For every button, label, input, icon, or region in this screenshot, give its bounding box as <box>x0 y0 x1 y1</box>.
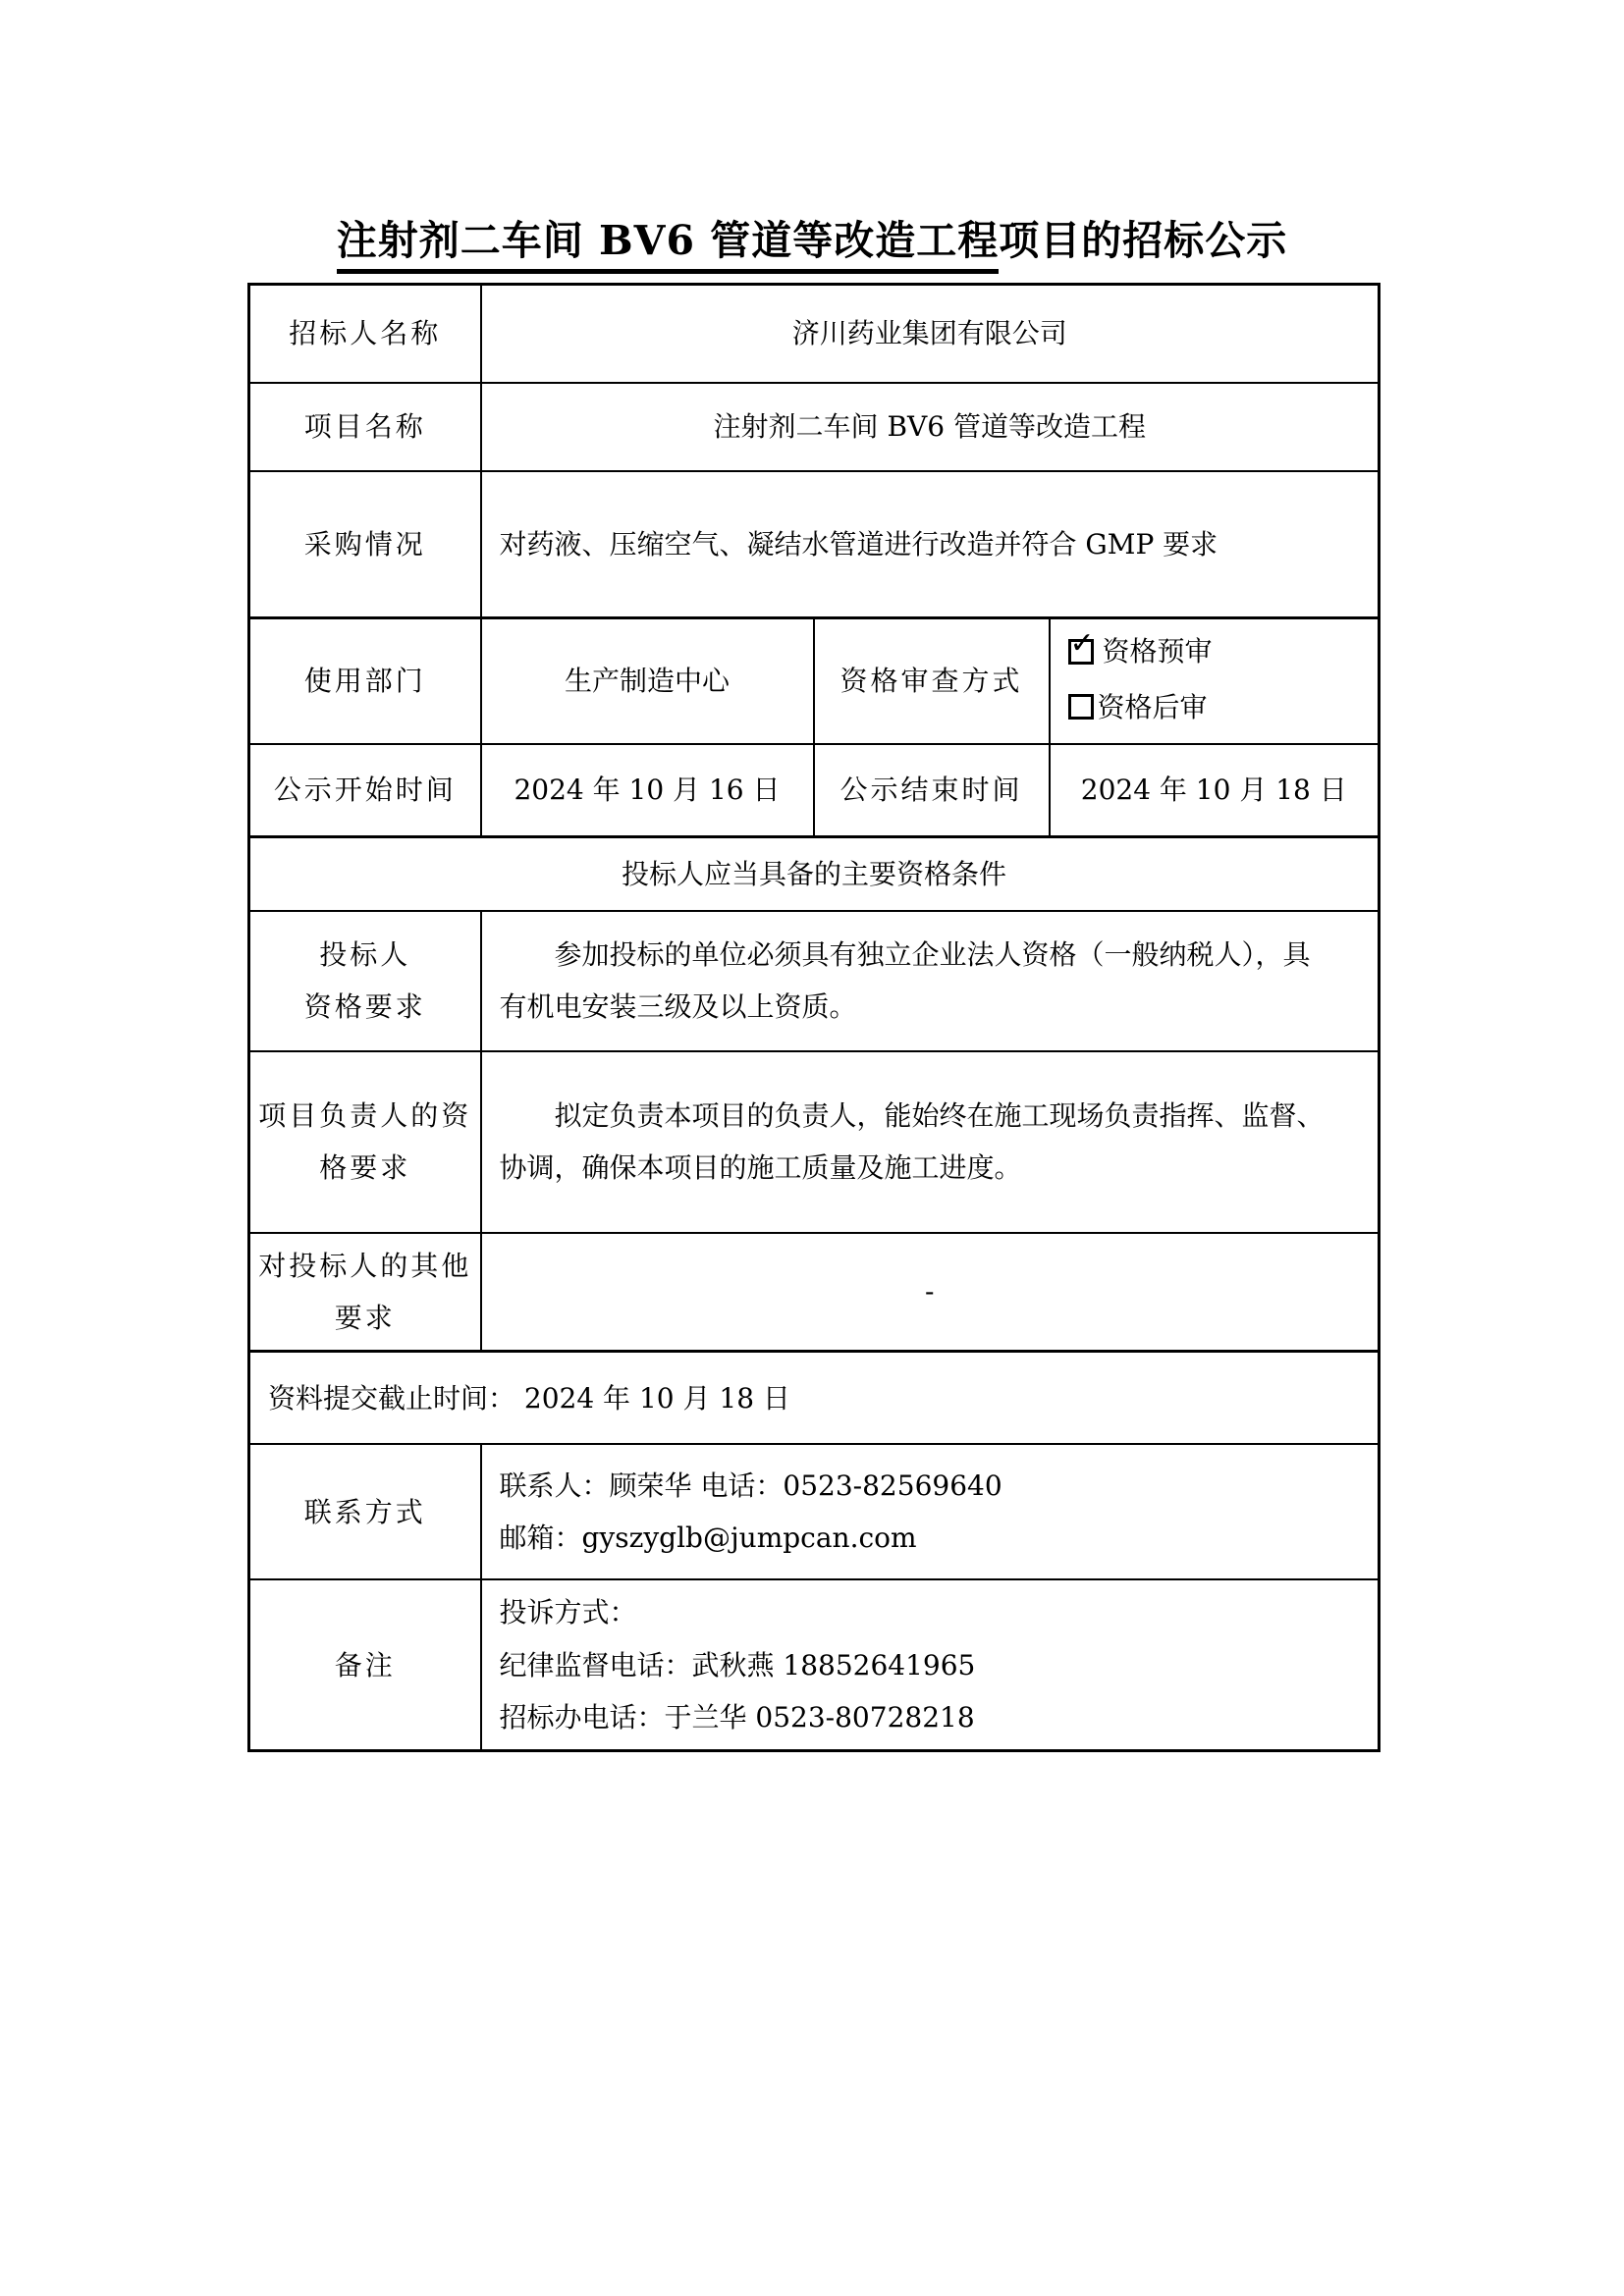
check-mark-icon: ✓ <box>1070 629 1095 659</box>
contact-label: 联系方式 <box>249 1444 481 1579</box>
submission-deadline-text: 资料提交截止时间： 2024 年 10 月 18 日 <box>249 1351 1380 1444</box>
using-department-label: 使用部门 <box>249 618 481 744</box>
document-page: 注射剂二车间 BV6 管道等改造工程项目的招标公示 招标人名称 济川药业集团有限… <box>0 0 1624 2296</box>
remarks-label: 备注 <box>249 1579 481 1750</box>
procurement-label: 采购情况 <box>249 471 481 618</box>
row-bidder-qualification: 投标人 资格要求 参加投标的单位必须具有独立企业法人资格（一般纳税人），具 有机… <box>249 911 1380 1051</box>
prequalification-label: 资格预审 <box>1103 625 1213 677</box>
row-bidder-name: 招标人名称 济川药业集团有限公司 <box>249 285 1380 383</box>
publicity-end-label: 公示结束时间 <box>814 744 1050 837</box>
publicity-start-label: 公示开始时间 <box>249 744 481 837</box>
bidder-qualification-value: 参加投标的单位必须具有独立企业法人资格（一般纳税人），具 有机电安装三级及以上资… <box>481 911 1380 1051</box>
row-publicity-dates: 公示开始时间 2024 年 10 月 16 日 公示结束时间 2024 年 10… <box>249 744 1380 837</box>
project-name-label: 项目名称 <box>249 383 481 471</box>
title-rest-part: 项目的招标公示 <box>999 217 1287 264</box>
manager-qualification-label: 项目负责人的资 格要求 <box>249 1051 481 1233</box>
postqualification-option[interactable]: 资格后审 <box>1068 681 1208 733</box>
row-remarks: 备注 投诉方式： 纪律监督电话：武秋燕 18852641965 招标办电话：于兰… <box>249 1579 1380 1750</box>
using-department-value: 生产制造中心 <box>481 618 814 744</box>
unchecked-checkbox-icon[interactable] <box>1068 694 1094 720</box>
prequalification-option[interactable]: ✓ 资格预审 <box>1068 625 1213 677</box>
bidder-name-value: 济川药业集团有限公司 <box>481 285 1380 383</box>
row-project-name: 项目名称 注射剂二车间 BV6 管道等改造工程 <box>249 383 1380 471</box>
title-underlined-part: 注射剂二车间 BV6 管道等改造工程 <box>337 217 1000 274</box>
row-manager-qualification: 项目负责人的资 格要求 拟定负责本项目的负责人，能始终在施工现场负责指挥、监督、… <box>249 1051 1380 1233</box>
row-qualification-header: 投标人应当具备的主要资格条件 <box>249 837 1380 911</box>
page-title: 注射剂二车间 BV6 管道等改造工程项目的招标公示 <box>0 208 1624 266</box>
remarks-value: 投诉方式： 纪律监督电话：武秋燕 18852641965 招标办电话：于兰华 0… <box>481 1579 1380 1750</box>
publicity-end-value: 2024 年 10 月 18 日 <box>1050 744 1380 837</box>
project-name-value: 注射剂二车间 BV6 管道等改造工程 <box>481 383 1380 471</box>
postqualification-label: 资格后审 <box>1098 681 1208 733</box>
review-method-label: 资格审查方式 <box>814 618 1050 744</box>
bidder-name-label: 招标人名称 <box>249 285 481 383</box>
row-submission-deadline: 资料提交截止时间： 2024 年 10 月 18 日 <box>249 1351 1380 1444</box>
contact-value: 联系人：顾荣华 电话：0523-82569640 邮箱：gyszyglb@jum… <box>481 1444 1380 1579</box>
bidder-qualification-label: 投标人 资格要求 <box>249 911 481 1051</box>
checked-checkbox-icon[interactable]: ✓ <box>1068 639 1094 665</box>
tender-notice-table: 招标人名称 济川药业集团有限公司 项目名称 注射剂二车间 BV6 管道等改造工程… <box>247 283 1380 1752</box>
review-method-options: ✓ 资格预审 资格后审 <box>1050 618 1380 744</box>
publicity-start-value: 2024 年 10 月 16 日 <box>481 744 814 837</box>
manager-qualification-value: 拟定负责本项目的负责人，能始终在施工现场负责指挥、监督、 协调，确保本项目的施工… <box>481 1051 1380 1233</box>
row-procurement: 采购情况 对药液、压缩空气、凝结水管道进行改造并符合 GMP 要求 <box>249 471 1380 618</box>
other-requirements-value: - <box>481 1233 1380 1352</box>
row-contact: 联系方式 联系人：顾荣华 电话：0523-82569640 邮箱：gyszygl… <box>249 1444 1380 1579</box>
row-department-review: 使用部门 生产制造中心 资格审查方式 ✓ 资格预审 资格后审 <box>249 618 1380 744</box>
other-requirements-label: 对投标人的其他 要求 <box>249 1233 481 1352</box>
row-other-requirements: 对投标人的其他 要求 - <box>249 1233 1380 1352</box>
qualification-header-text: 投标人应当具备的主要资格条件 <box>249 837 1380 911</box>
procurement-value: 对药液、压缩空气、凝结水管道进行改造并符合 GMP 要求 <box>481 471 1380 618</box>
